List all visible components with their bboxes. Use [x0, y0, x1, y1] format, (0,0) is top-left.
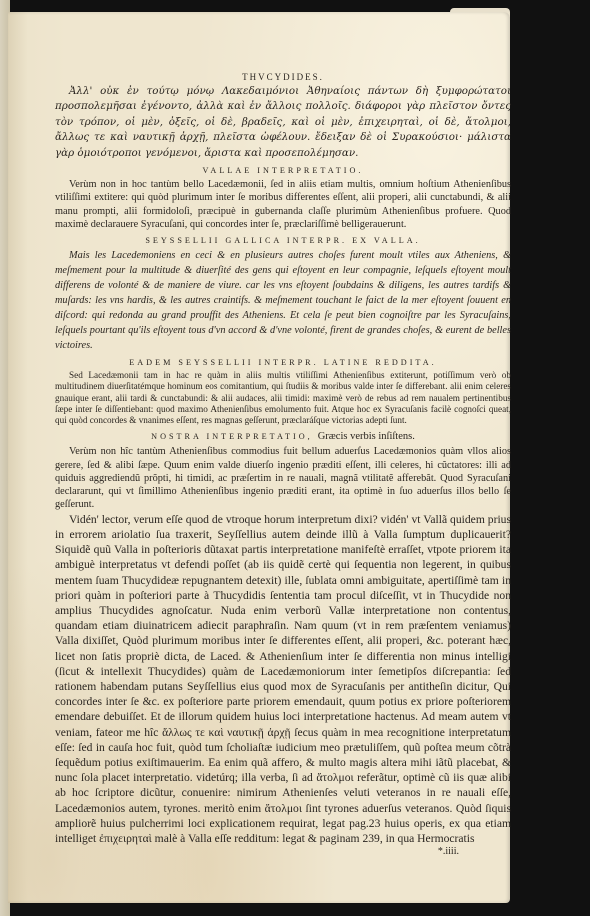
seyssel-latin-interpretation: Sed Lacedæmonii tam in hac re quàm in al… — [55, 370, 511, 426]
seyssel-french-interpretation: Mais les Lacedemoniens en ceci & en plus… — [55, 248, 511, 353]
valla-interpretation: Verùm non in hoc tantùm bello Lacedæmoni… — [55, 178, 511, 231]
nostra-interpretation: Verùm non hîc tantùm Athenienſibus commo… — [55, 445, 511, 511]
page-content: THVCYDIDES. Ἀλλ' οὐκ ἐν τούτῳ μόνῳ Λακεδ… — [55, 72, 511, 857]
section-heading-seyssel-latine: EADEM SEYSSELLII INTERPR. LATINE REDDITA… — [55, 358, 511, 367]
section-heading-nostra-plain: Græcis verbis inſiſtens. — [318, 431, 415, 442]
greek-passage: Ἀλλ' οὐκ ἐν τούτῳ μόνῳ Λακεδαιμόνιοι Ἀθη… — [55, 84, 511, 161]
signature-mark: *.iiii. — [55, 846, 511, 857]
section-heading-valla: VALLAE INTERPRETATIO. — [55, 166, 511, 175]
section-heading-seyssel-gallica: SEYSSELLII GALLICA INTERPR. EX VALLA. — [55, 236, 511, 245]
commentary-paragraph: Vidén' lector, verum eſſe quod de vtroqu… — [55, 512, 511, 846]
section-heading-nostra: NOSTRA INTERPRETATIO, Græcis verbis inſi… — [55, 431, 511, 442]
section-heading-nostra-caps: NOSTRA INTERPRETATIO, — [151, 432, 313, 441]
running-head: THVCYDIDES. — [55, 72, 511, 82]
